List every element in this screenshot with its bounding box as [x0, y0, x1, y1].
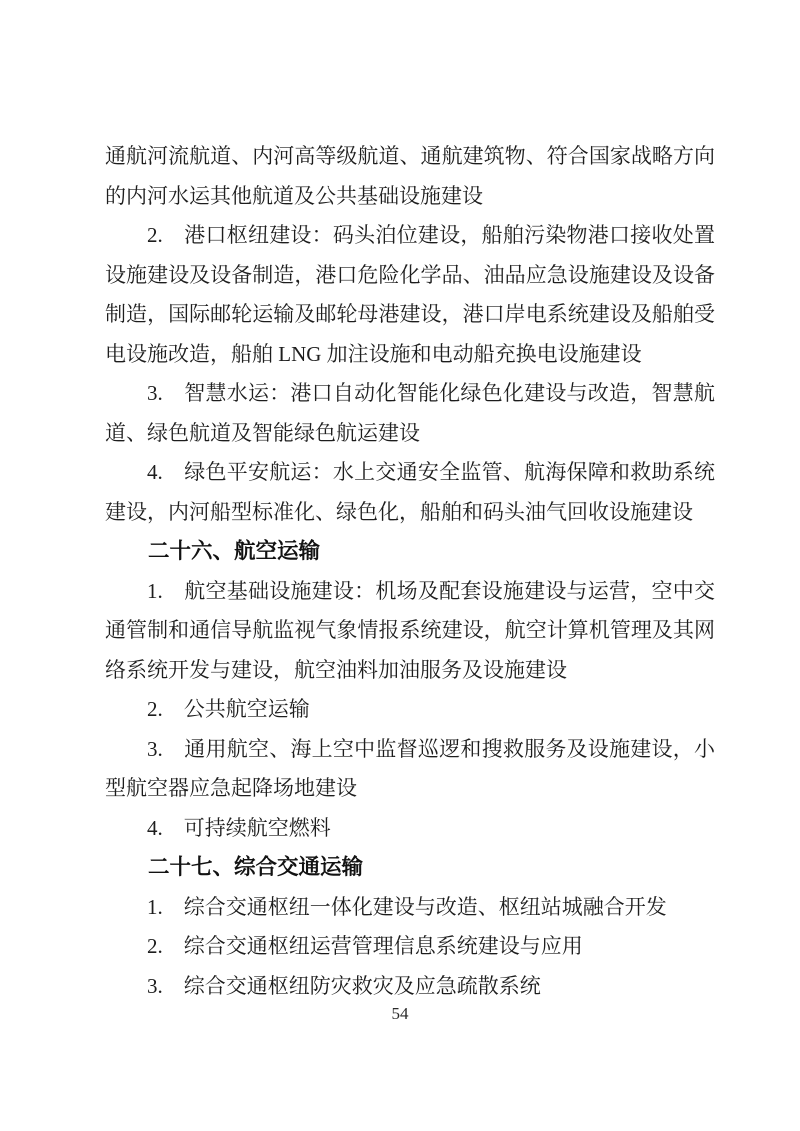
- paragraph-smart-waterway: 3. 智慧水运：港口自动化智能化绿色化建设与改造，智慧航道、绿色航道及智能绿色航…: [105, 374, 715, 453]
- section-heading-26-air-transport: 二十六、航空运输: [105, 532, 715, 572]
- paragraph-port-hub: 2. 港口枢纽建设：码头泊位建设，船舶污染物港口接收处置设施建设及设备制造，港口…: [105, 216, 715, 374]
- paragraph-hub-information-system: 2. 综合交通枢纽运营管理信息系统建设与应用: [105, 927, 715, 967]
- document-body: 通航河流航道、内河高等级航道、通航建筑物、符合国家战略方向的内河水运其他航道及公…: [105, 137, 715, 1006]
- paragraph-hub-integration: 1. 综合交通枢纽一体化建设与改造、枢纽站城融合开发: [105, 888, 715, 928]
- paragraph-hub-disaster-system: 3. 综合交通枢纽防灾救灾及应急疏散系统: [105, 967, 715, 1007]
- paragraph-general-aviation: 3. 通用航空、海上空中监督巡逻和搜救服务及设施建设，小型航空器应急起降场地建设: [105, 730, 715, 809]
- paragraph-continuation: 通航河流航道、内河高等级航道、通航建筑物、符合国家战略方向的内河水运其他航道及公…: [105, 137, 715, 216]
- page-number: 54: [0, 1002, 800, 1026]
- paragraph-sustainable-aviation-fuel: 4. 可持续航空燃料: [105, 809, 715, 849]
- paragraph-aviation-infrastructure: 1. 航空基础设施建设：机场及配套设施建设与运营，空中交通管制和通信导航监视气象…: [105, 572, 715, 691]
- document-page: 通航河流航道、内河高等级航道、通航建筑物、符合国家战略方向的内河水运其他航道及公…: [0, 0, 800, 1131]
- paragraph-public-air-transport: 2. 公共航空运输: [105, 690, 715, 730]
- section-heading-27-comprehensive-transport: 二十七、综合交通运输: [105, 848, 715, 888]
- paragraph-green-shipping: 4. 绿色平安航运：水上交通安全监管、航海保障和救助系统建设，内河船型标准化、绿…: [105, 453, 715, 532]
